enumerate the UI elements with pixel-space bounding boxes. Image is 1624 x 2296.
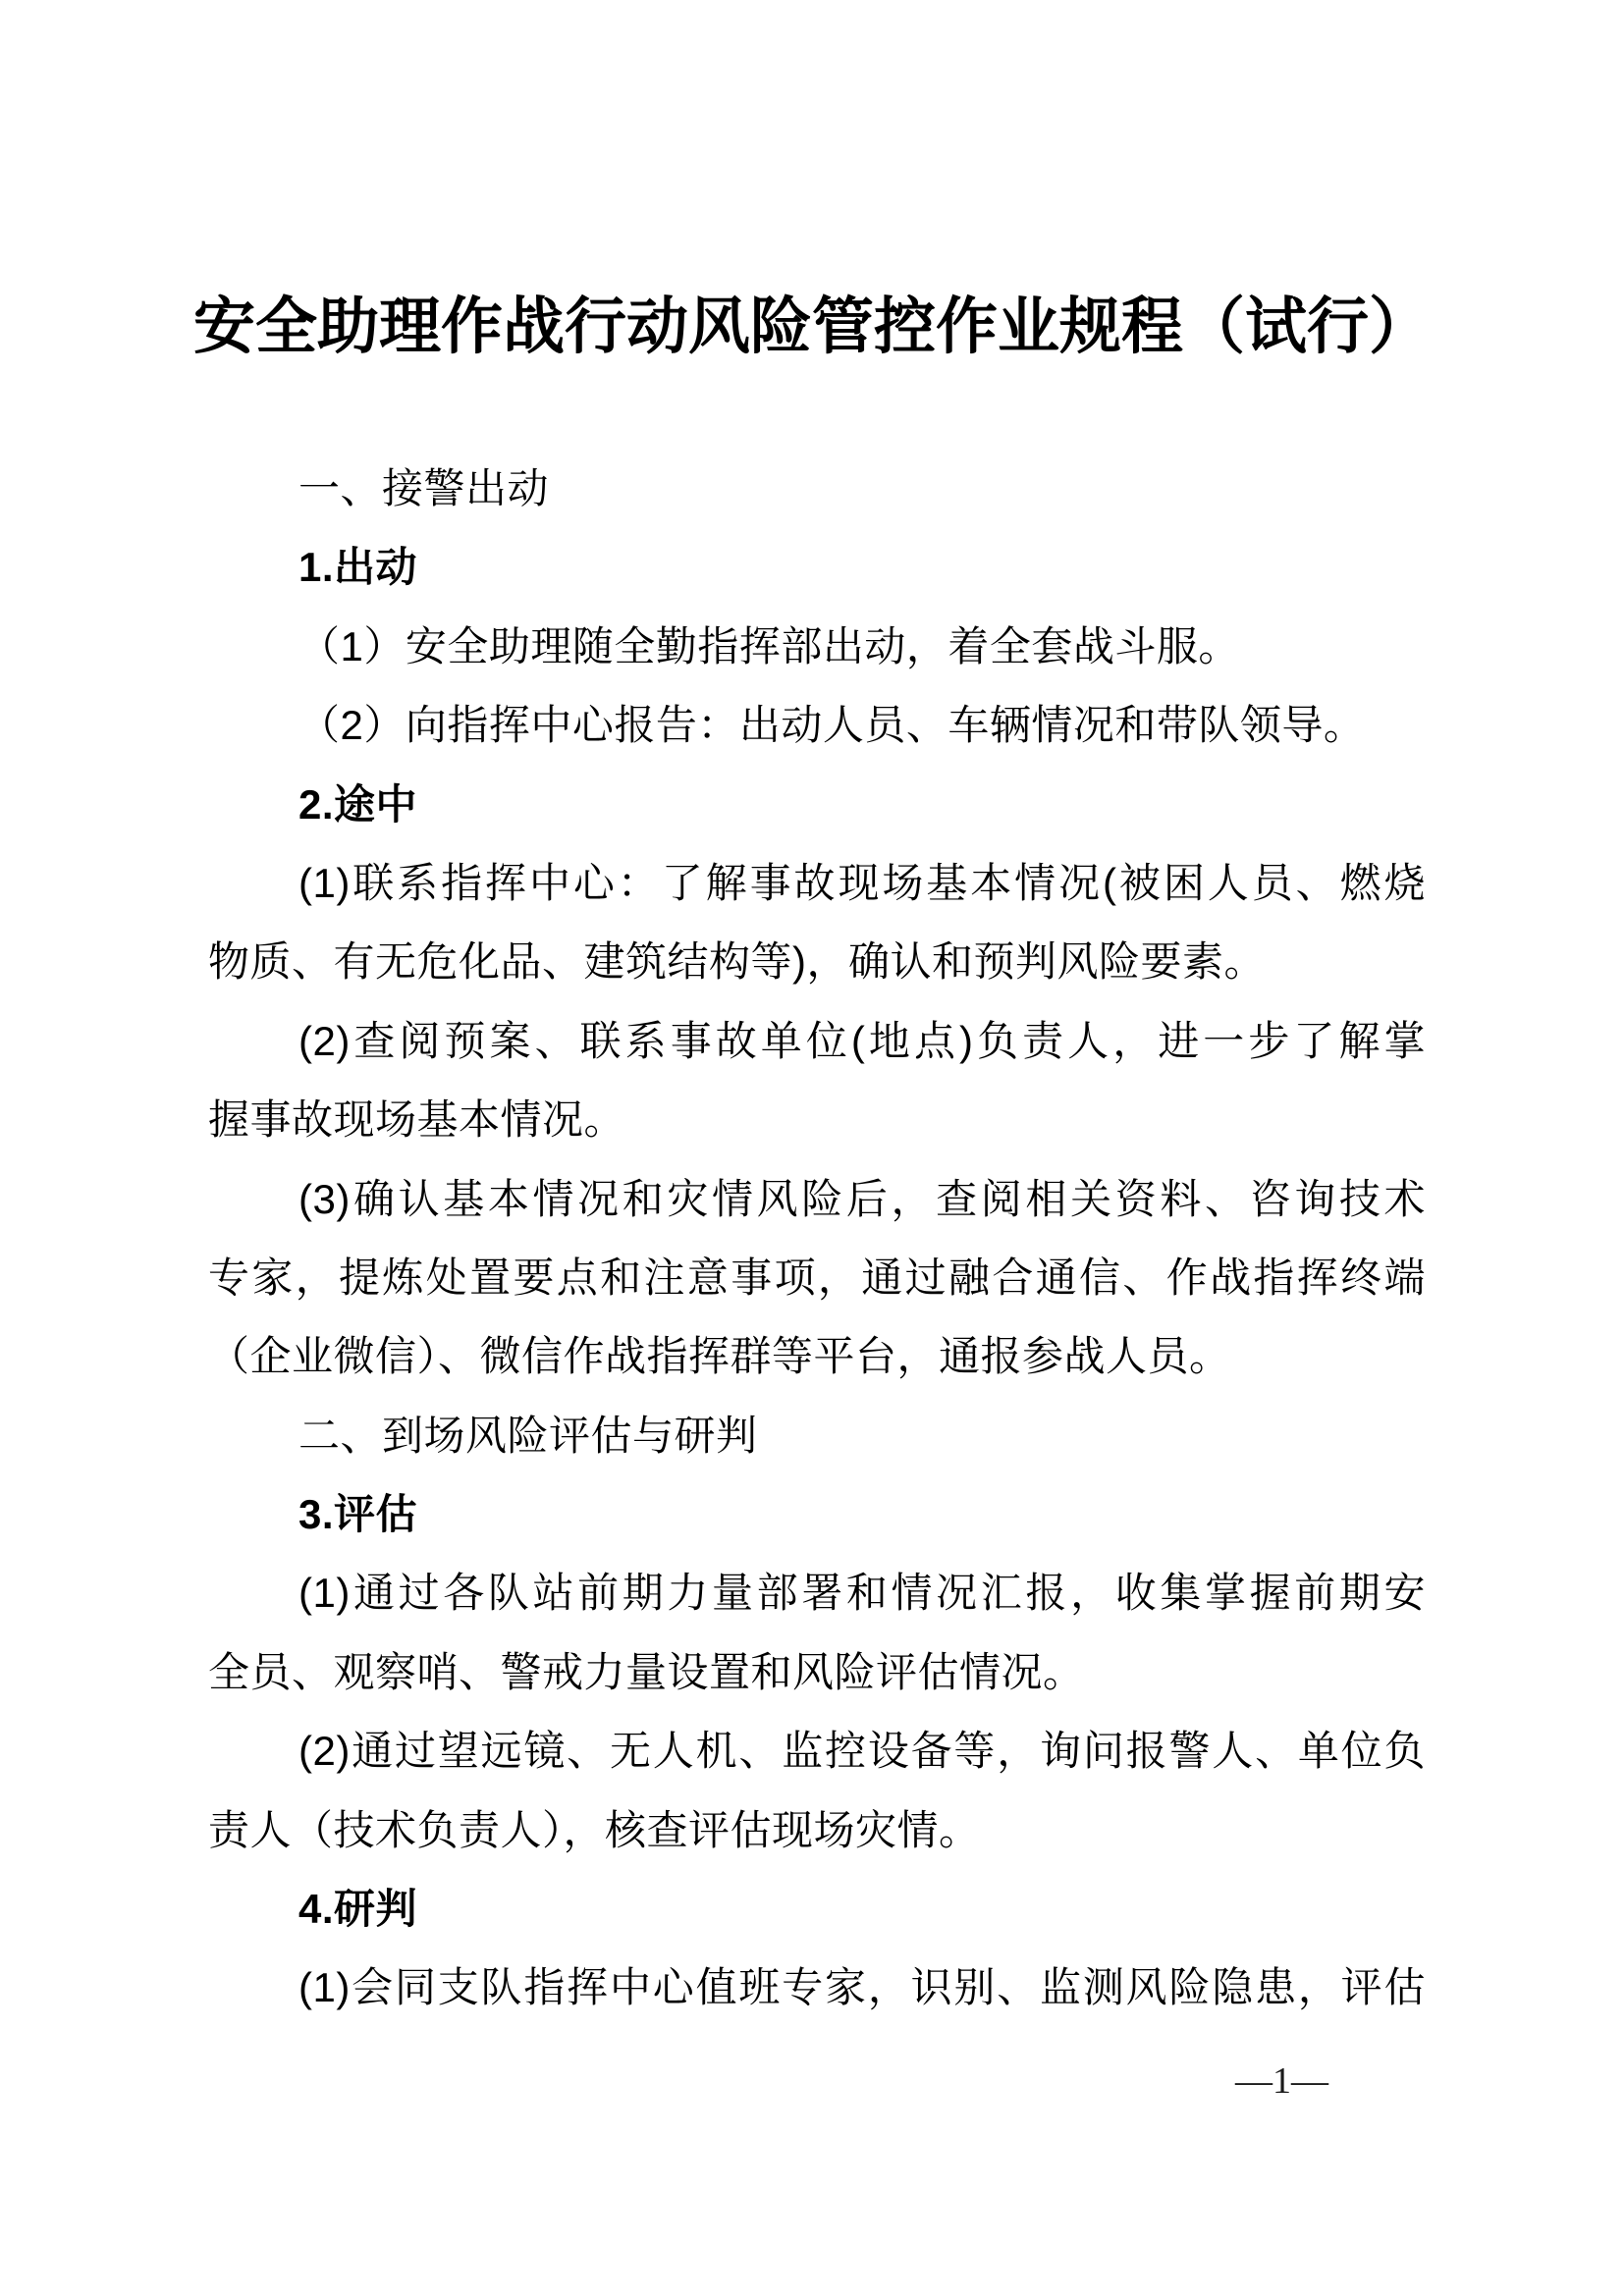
doc-line-16: 全员、观察哨、警戒力量设置和风险评估情况。 xyxy=(208,1633,1426,1712)
doc-line-5: 2.途中 xyxy=(208,766,1426,844)
doc-line-11: 专家，提炼处置要点和注意事项，通过融合通信、作战指挥终端 xyxy=(208,1239,1426,1317)
doc-line-12: （企业微信）、微信作战指挥群等平台，通报参战人员。 xyxy=(208,1317,1426,1396)
doc-line-19: 4.研判 xyxy=(208,1870,1426,1949)
doc-line-2: 1.出动 xyxy=(208,528,1426,607)
document-title: 安全助理作战行动风险管控作业规程（试行） xyxy=(0,293,1624,361)
doc-line-17: (2)通过望远镜、无人机、监控设备等，询问报警人、单位负 xyxy=(208,1712,1426,1790)
doc-line-18: 责人（技术负责人），核查评估现场灾情。 xyxy=(208,1791,1426,1870)
doc-line-7: 物质、有无危化品、建筑结构等)，确认和预判风险要素。 xyxy=(208,923,1426,1001)
doc-line-20: (1)会同支队指挥中心值班专家，识别、监测风险隐患，评估 xyxy=(208,1949,1426,2027)
doc-line-14: 3.评估 xyxy=(208,1475,1426,1554)
doc-line-8: (2)查阅预案、联系事故单位(地点)负责人，进一步了解掌 xyxy=(208,1002,1426,1081)
page-number: —1— xyxy=(1235,2059,1328,2103)
doc-line-4: （2）向指挥中心报告：出动人员、车辆情况和带队领导。 xyxy=(208,686,1426,765)
doc-line-6: (1)联系指挥中心：了解事故现场基本情况(被困人员、燃烧 xyxy=(208,844,1426,923)
document-body: 一、接警出动1.出动（1）安全助理随全勤指挥部出动，着全套战斗服。（2）向指挥中… xyxy=(208,450,1426,2028)
doc-line-15: (1)通过各队站前期力量部署和情况汇报，收集掌握前期安 xyxy=(208,1554,1426,1632)
doc-line-1: 一、接警出动 xyxy=(208,450,1426,528)
doc-line-13: 二、到场风险评估与研判 xyxy=(208,1397,1426,1475)
doc-line-3: （1）安全助理随全勤指挥部出动，着全套战斗服。 xyxy=(208,608,1426,686)
doc-line-9: 握事故现场基本情况。 xyxy=(208,1081,1426,1159)
doc-line-10: (3)确认基本情况和灾情风险后，查阅相关资料、咨询技术 xyxy=(208,1160,1426,1239)
document-page: 安全助理作战行动风险管控作业规程（试行） 一、接警出动1.出动（1）安全助理随全… xyxy=(0,0,1624,2296)
